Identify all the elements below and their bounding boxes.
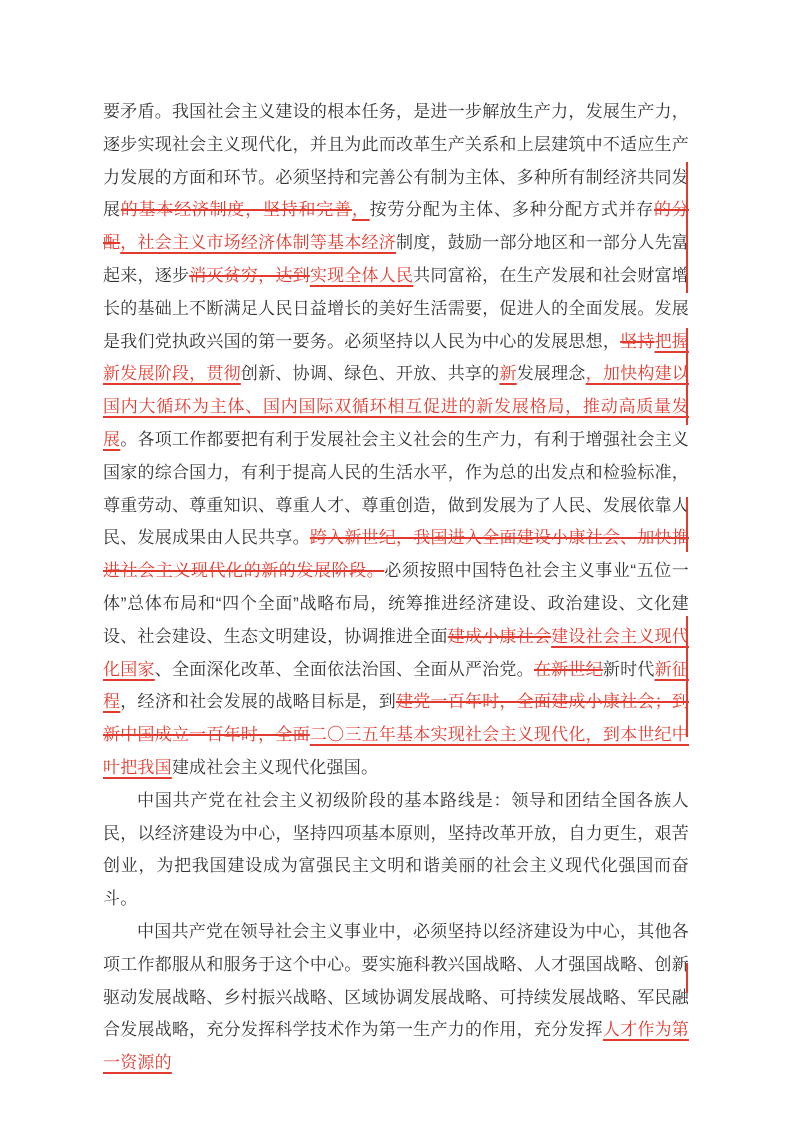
- text-run: 发展理念: [517, 364, 586, 383]
- paragraph: 中国共产党在领导社会主义事业中，必须坚持以经济建设为中心，其他各项工作都服从和服…: [103, 916, 689, 1080]
- revision-change-bar[interactable]: [686, 162, 688, 293]
- text-run: 创新、协调、绿色、开放、共享的: [241, 364, 500, 383]
- document-body: 要矛盾。我国社会主义建设的根本任务，是进一步解放生产力，发展生产力，逐步实现社会…: [103, 96, 689, 1080]
- revision-change-bar[interactable]: [686, 497, 688, 552]
- deleted-text-run[interactable]: 坚持: [620, 332, 654, 351]
- text-run: 按劳分配为主体、多种分配方式并存: [370, 200, 654, 219]
- inserted-text-run[interactable]: 新: [499, 364, 516, 383]
- text-run: 中国共产党在社会主义初级阶段的基本路线是：领导和团结全国各族人民，以经济建设为中…: [103, 791, 689, 908]
- inserted-text-run[interactable]: ，: [352, 200, 370, 219]
- revision-change-bar[interactable]: [686, 328, 688, 425]
- paragraph: 中国共产党在社会主义初级阶段的基本路线是：领导和团结全国各族人民，以经济建设为中…: [103, 785, 689, 916]
- text-run: 中国共产党在领导社会主义事业中，必须坚持以经济建设为中心，其他各项工作都服从和服…: [103, 922, 689, 1039]
- revision-change-bar[interactable]: [686, 963, 688, 993]
- deleted-text-run[interactable]: 在新世纪: [534, 660, 603, 679]
- text-run: 新时代: [603, 660, 655, 679]
- deleted-text-run[interactable]: 建成小康社会: [448, 627, 551, 646]
- text-run: 建成社会主义现代化强国。: [172, 758, 378, 777]
- deleted-text-run[interactable]: 消灭贫穷，达到: [189, 266, 310, 285]
- document-page: 要矛盾。我国社会主义建设的根本任务，是进一步解放生产力，发展生产力，逐步实现社会…: [0, 0, 793, 1121]
- revision-change-bar[interactable]: [686, 616, 688, 737]
- inserted-text-run[interactable]: 实现全体人民: [310, 266, 413, 285]
- inserted-text-run[interactable]: ，社会主义市场经济体制等基本经济: [120, 233, 396, 252]
- text-run: 、全面深化改革、全面依法治国、全面从严治党。: [155, 660, 534, 679]
- paragraph: 要矛盾。我国社会主义建设的根本任务，是进一步解放生产力，发展生产力，逐步实现社会…: [103, 96, 689, 785]
- deleted-text-run[interactable]: 的基本经济制度，坚持和完善: [121, 200, 352, 219]
- text-run: ，经济和社会发展的战略目标是，到: [120, 692, 396, 711]
